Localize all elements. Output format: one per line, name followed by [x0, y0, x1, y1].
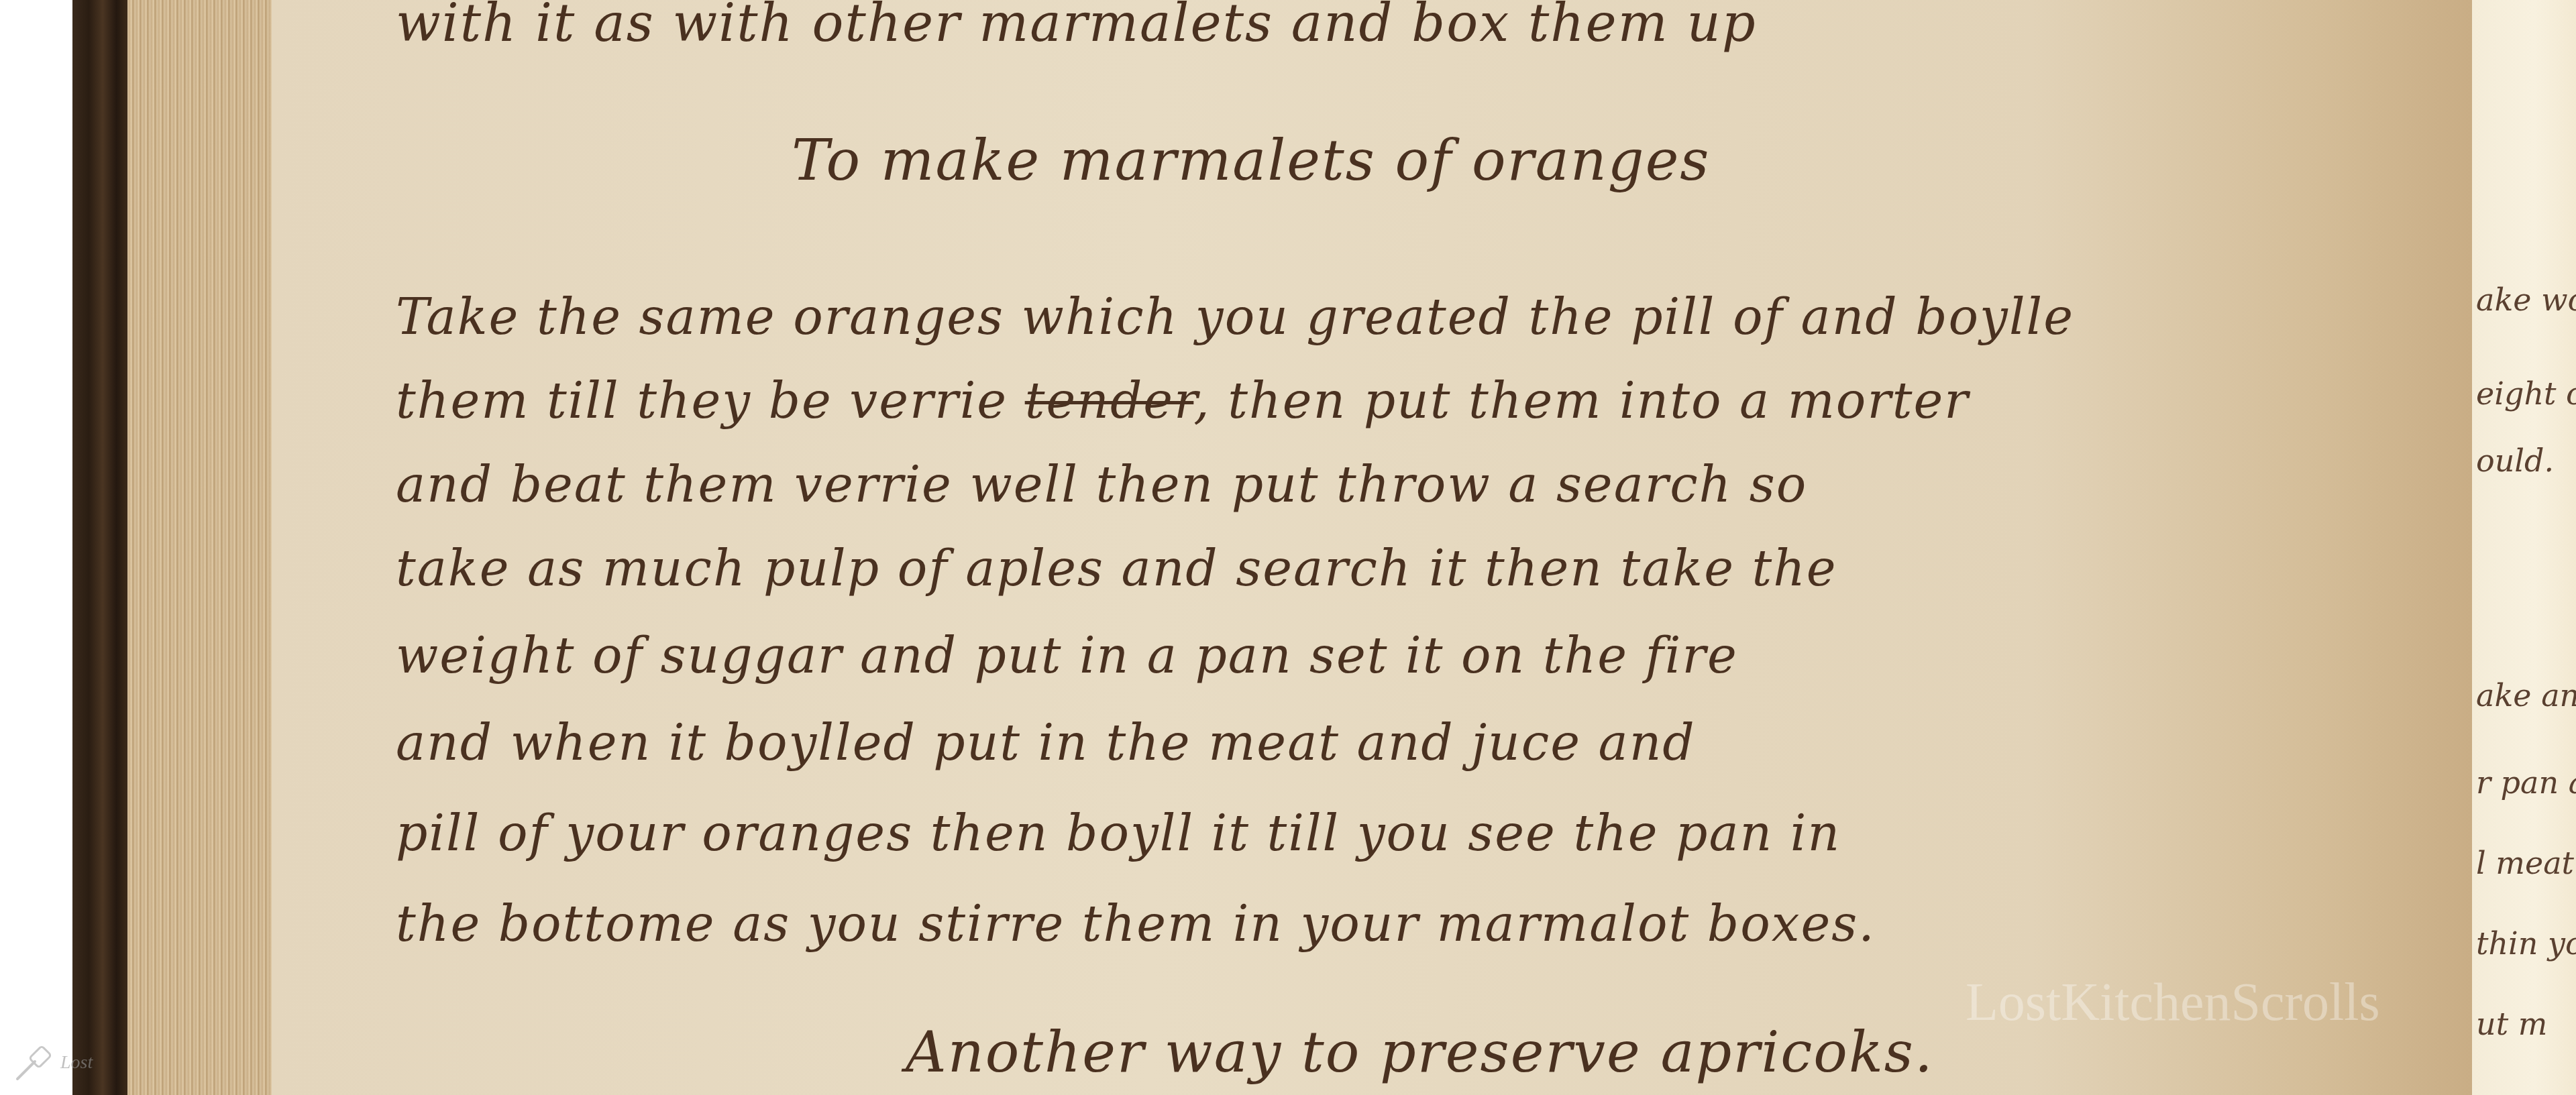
spatula-icon [13, 1043, 54, 1083]
book-binding [72, 0, 127, 1095]
facing-page-edge: ake wood eight of sug ould. ake and dig … [2472, 0, 2576, 1095]
recipe-line-8: the bottome as you stirre them in your m… [396, 895, 1876, 953]
recipe-line-2: them till they be verrie tender, then pu… [396, 372, 1970, 430]
recipe-line-7: pill of your oranges then boyll it till … [396, 805, 1841, 862]
recipe-line-4: take as much pulp of aples and search it… [396, 540, 1837, 597]
recipe-line-3: and beat them verrie well then put throw… [396, 456, 1807, 514]
recipe-line-5: weight of suggar and put in a pan set it… [396, 627, 1738, 685]
site-logo-watermark: Lost [13, 1043, 93, 1083]
facing-fragment-5: r pan and [2476, 764, 2576, 801]
recipe-heading: To make marmalets of oranges [792, 127, 1710, 193]
page-edges [127, 0, 272, 1095]
facing-fragment-7: thin your [2476, 925, 2576, 962]
watermark-text: LostKitchenScrolls [1966, 972, 2380, 1033]
facing-fragment-2: eight of sug [2476, 376, 2576, 412]
struck-word: tender [1025, 372, 1194, 430]
facing-fragment-4: ake and dig [2476, 677, 2576, 713]
facing-fragment-3: ould. [2476, 443, 2554, 479]
recipe-line-1: Take the same oranges which you greated … [396, 288, 2074, 346]
top-fragment-line: with it as with other marmalets and box … [396, 0, 1757, 54]
logo-watermark-text: Lost [60, 1052, 93, 1074]
facing-fragment-8: ut m [2476, 1006, 2547, 1042]
recipe-line-6: and when it boylled put in the meat and … [396, 714, 1696, 772]
facing-fragment-1: ake wood [2476, 282, 2576, 318]
line-2-text: them till they be verrie tender, then pu… [396, 372, 1970, 430]
next-recipe-heading: Another way to preserve apricoks. [906, 1019, 1934, 1085]
facing-fragment-6: l meat out [2476, 845, 2576, 881]
